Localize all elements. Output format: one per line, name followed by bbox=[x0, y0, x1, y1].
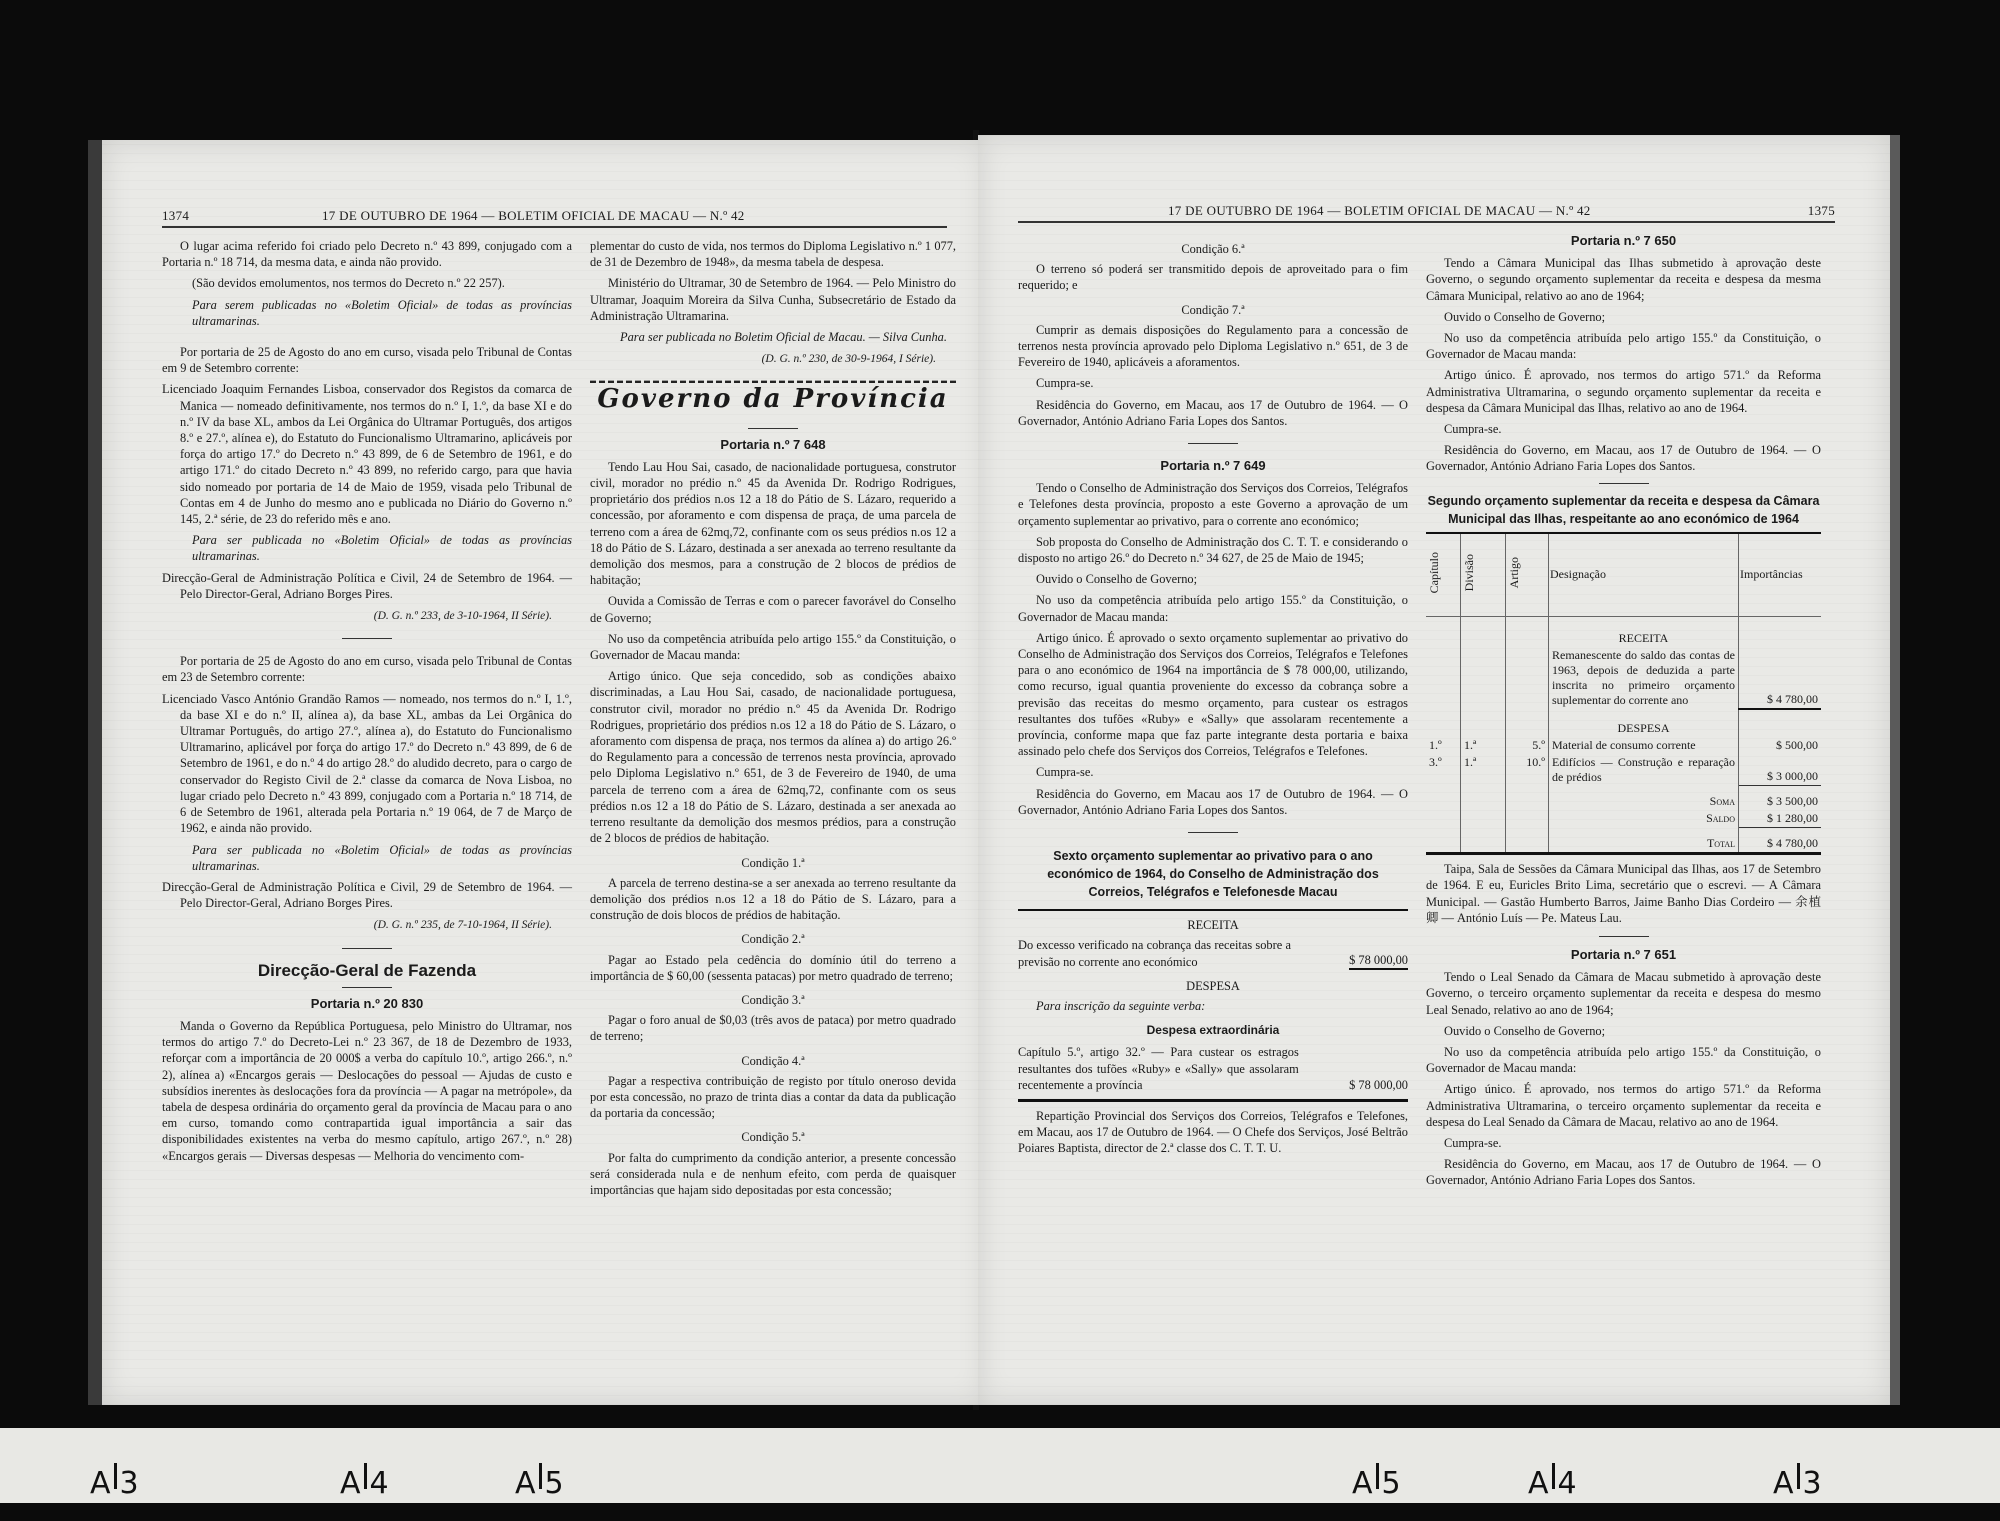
budget-table: Capítulo Divisão Artigo Designação Impor… bbox=[1426, 534, 1821, 853]
signature: Repartição Provincial dos Serviços dos C… bbox=[1018, 1108, 1408, 1157]
condition-text: O terreno só poderá ser transmitido depo… bbox=[1018, 261, 1408, 293]
cell-capitulo: 1.º bbox=[1426, 737, 1461, 754]
condition-text: Cumprir as demais disposições do Regulam… bbox=[1018, 322, 1408, 371]
signature: Residência do Governo, em Macau, aos 17 … bbox=[1426, 1156, 1821, 1188]
paragraph: Direcção-Geral de Administração Política… bbox=[162, 879, 572, 911]
paragraph: Para serem publicadas no «Boletim Oficia… bbox=[162, 297, 572, 329]
paragraph: Artigo único. Que seja concedido, sob as… bbox=[590, 668, 956, 846]
signature: Residência do Governo, em Macau aos 17 d… bbox=[1018, 786, 1408, 818]
col-header: Designação bbox=[1549, 534, 1739, 617]
soma-label: Soma bbox=[1549, 786, 1739, 811]
divider bbox=[1188, 832, 1238, 833]
paragraph: Artigo único. É aprovado, nos termos do … bbox=[1426, 367, 1821, 416]
paragraph: Cumpra-se. bbox=[1426, 1135, 1821, 1151]
paragraph: Ministério do Ultramar, 30 de Setembro d… bbox=[590, 275, 956, 324]
total-label: Total bbox=[1549, 828, 1739, 853]
column-2: plementar do custo de vida, nos termos d… bbox=[590, 238, 956, 1203]
divider bbox=[342, 638, 392, 639]
signature: Residência do Governo, em Macau, aos 17 … bbox=[1426, 442, 1821, 474]
paragraph: plementar do custo de vida, nos termos d… bbox=[590, 238, 956, 270]
film-marker: A4 bbox=[1528, 1463, 1577, 1501]
table-title: Segundo orçamento suplementar da receita… bbox=[1426, 492, 1821, 528]
col-header: Artigo bbox=[1507, 557, 1522, 588]
condition-text: Pagar o foro anual de $0,03 (três avos d… bbox=[590, 1012, 956, 1044]
despesa-intro: Para inscrição da seguinte verba: bbox=[1018, 998, 1408, 1014]
reference: (D. G. n.º 230, de 30-9-1964, I Série). bbox=[590, 351, 956, 367]
paragraph: Cumpra-se. bbox=[1426, 421, 1821, 437]
receita-text: Do excesso verificado na cobrança das re… bbox=[1018, 937, 1291, 969]
receita-row: Do excesso verificado na cobrança das re… bbox=[1018, 937, 1408, 969]
condition-title: Condição 3.ª bbox=[590, 992, 956, 1008]
paragraph: Artigo único. É aprovado o sexto orçamen… bbox=[1018, 630, 1408, 760]
reference: (D. G. n.º 233, de 3-10-1964, II Série). bbox=[162, 608, 572, 624]
portaria-title: Portaria n.º 7 649 bbox=[1018, 458, 1408, 474]
condition-text: Por falta do cumprimento da condição ant… bbox=[590, 1150, 956, 1199]
page-header: 17 DE OUTUBRO DE 1964 — BOLETIM OFICIAL … bbox=[1018, 203, 1835, 223]
condition-title: Condição 6.ª bbox=[1018, 241, 1408, 257]
column-3: Condição 6.ªO terreno só poderá ser tran… bbox=[1018, 233, 1408, 1162]
paragraph: Licenciado Vasco António Grandão Ramos —… bbox=[162, 691, 572, 837]
saldo-amount: $ 1 280,00 bbox=[1739, 810, 1822, 828]
right-page: 17 DE OUTUBRO DE 1964 — BOLETIM OFICIAL … bbox=[978, 135, 1900, 1405]
budget-title: Sexto orçamento suplementar ao privativo… bbox=[1028, 847, 1398, 901]
divider bbox=[748, 428, 798, 429]
paragraph: Cumpra-se. bbox=[1018, 764, 1408, 780]
cell-divisao: 1.ª bbox=[1461, 754, 1506, 786]
paragraph: Sob proposta do Conselho de Administraçã… bbox=[1018, 534, 1408, 566]
condition-title: Condição 4.ª bbox=[590, 1053, 956, 1069]
rule bbox=[1426, 852, 1821, 855]
soma-amount: $ 3 500,00 bbox=[1739, 786, 1822, 811]
paragraph: Por portaria de 25 de Agosto do ano em c… bbox=[162, 344, 572, 376]
cell-artigo: 5.º bbox=[1506, 737, 1549, 754]
left-page: 1374 17 DE OUTUBRO DE 1964 — BOLETIM OFI… bbox=[88, 140, 987, 1405]
paragraph: No uso da competência atribuída pelo art… bbox=[1426, 330, 1821, 362]
film-marker: A3 bbox=[1773, 1463, 1822, 1501]
condition-title: Condição 2.ª bbox=[590, 931, 956, 947]
total-amount: $ 4 780,00 bbox=[1739, 828, 1822, 853]
divider bbox=[1599, 483, 1649, 484]
condition-title: Condição 5.ª bbox=[590, 1129, 956, 1145]
paragraph: O lugar acima referido foi criado pelo D… bbox=[162, 238, 572, 270]
condition-text: A parcela de terreno destina-se a ser an… bbox=[590, 875, 956, 924]
paragraph: Artigo único. É aprovado, nos termos do … bbox=[1426, 1081, 1821, 1130]
cell-amount: $ 500,00 bbox=[1739, 737, 1822, 754]
paragraph: Ouvido o Conselho de Governo; bbox=[1426, 309, 1821, 325]
despesa-heading: DESPESA bbox=[1549, 709, 1739, 737]
signature: Residência do Governo, em Macau, aos 17 … bbox=[1018, 397, 1408, 429]
paragraph: (São devidos emolumentos, nos termos do … bbox=[162, 275, 572, 291]
film-marker: A4 bbox=[340, 1463, 389, 1501]
page-number: 1374 bbox=[162, 208, 189, 224]
portaria-title: Portaria n.º 7 650 bbox=[1426, 233, 1821, 249]
paragraph: Direcção-Geral de Administração Política… bbox=[162, 570, 572, 602]
receita-heading: RECEITA bbox=[1549, 616, 1739, 647]
page-number: 1375 bbox=[1808, 203, 1835, 219]
page-header: 1374 17 DE OUTUBRO DE 1964 — BOLETIM OFI… bbox=[162, 208, 947, 228]
cell-designacao: Material de consumo corrente bbox=[1549, 737, 1739, 754]
rule bbox=[1018, 1099, 1408, 1102]
cell-capitulo: 3.º bbox=[1426, 754, 1461, 786]
table-row: Saldo $ 1 280,00 bbox=[1426, 810, 1821, 828]
cell-divisao: 1.ª bbox=[1461, 737, 1506, 754]
paragraph: Ouvido o Conselho de Governo; bbox=[1426, 1023, 1821, 1039]
paragraph: Tendo o Conselho de Administração dos Se… bbox=[1018, 480, 1408, 529]
paragraph: No uso da competência atribuída pelo art… bbox=[590, 631, 956, 663]
condition-text: Pagar ao Estado pela cedência do domínio… bbox=[590, 952, 956, 984]
signature: Taipa, Sala de Sessões da Câmara Municip… bbox=[1426, 861, 1821, 926]
condition-title: Condição 1.ª bbox=[590, 855, 956, 871]
saldo-label: Saldo bbox=[1549, 810, 1739, 828]
table-row: Soma $ 3 500,00 bbox=[1426, 786, 1821, 811]
col-header: Importâncias bbox=[1739, 534, 1822, 617]
divider bbox=[342, 987, 392, 988]
divider bbox=[1599, 936, 1649, 937]
cell-designacao: Edifícios — Construção e reparação de pr… bbox=[1549, 754, 1739, 786]
paragraph: Ouvido o Conselho de Governo; bbox=[1018, 571, 1408, 587]
header-title: 17 DE OUTUBRO DE 1964 — BOLETIM OFICIAL … bbox=[1168, 203, 1591, 219]
portaria-title: Portaria n.º 7 651 bbox=[1426, 947, 1821, 963]
paragraph: Cumpra-se. bbox=[1018, 375, 1408, 391]
column-1: O lugar acima referido foi criado pelo D… bbox=[162, 238, 572, 1169]
paragraph: No uso da competência atribuída pelo art… bbox=[1426, 1044, 1821, 1076]
table-row: Remanescente do saldo das contas de 1963… bbox=[1426, 647, 1821, 709]
paragraph: Por portaria de 25 de Agosto do ano em c… bbox=[162, 653, 572, 685]
paragraph: Licenciado Joaquim Fernandes Lisboa, con… bbox=[162, 381, 572, 527]
conditions-list: Condição 1.ªA parcela de terreno destina… bbox=[590, 855, 956, 1199]
table-row: 1.º 1.ª 5.º Material de consumo corrente… bbox=[1426, 737, 1821, 754]
divider bbox=[1188, 443, 1238, 444]
section-title: Direcção-Geral de Fazenda bbox=[162, 963, 572, 979]
film-marker: A3 bbox=[90, 1463, 139, 1501]
col-header: Divisão bbox=[1462, 554, 1477, 591]
paragraph: Ouvida a Comissão de Terras e com o pare… bbox=[590, 593, 956, 625]
paragraph: Para ser publicada no «Boletim Oficial» … bbox=[162, 842, 572, 874]
portaria-title: Portaria n.º 20 830 bbox=[162, 996, 572, 1012]
paragraph: Para ser publicada no «Boletim Oficial» … bbox=[162, 532, 572, 564]
film-marker: A5 bbox=[515, 1463, 564, 1501]
header-title: 17 DE OUTUBRO DE 1964 — BOLETIM OFICIAL … bbox=[322, 208, 745, 224]
reference: (D. G. n.º 235, de 7-10-1964, II Série). bbox=[162, 917, 572, 933]
paragraph: Tendo o Leal Senado da Câmara de Macau s… bbox=[1426, 969, 1821, 1018]
paragraph: Tendo a Câmara Municipal das Ilhas subme… bbox=[1426, 255, 1821, 304]
table-row: Total $ 4 780,00 bbox=[1426, 828, 1821, 853]
conditions-list: Condição 6.ªO terreno só poderá ser tran… bbox=[1018, 241, 1408, 370]
paragraph: No uso da competência atribuída pelo art… bbox=[1018, 592, 1408, 624]
col-header: Capítulo bbox=[1427, 552, 1442, 593]
section-title: Governo da Província bbox=[590, 391, 956, 407]
paragraph: Tendo Lau Hou Sai, casado, de nacionalid… bbox=[590, 459, 956, 589]
despesa-text: Capítulo 5.º, artigo 32.º — Para custear… bbox=[1018, 1044, 1299, 1093]
rule bbox=[1018, 909, 1408, 911]
receita-heading: RECEITA bbox=[1018, 917, 1408, 933]
film-marker: A5 bbox=[1352, 1463, 1401, 1501]
portaria-title: Portaria n.º 7 648 bbox=[590, 437, 956, 453]
paragraph: Manda o Governo da República Portuguesa,… bbox=[162, 1018, 572, 1164]
cell-amount: $ 4 780,00 bbox=[1739, 647, 1822, 709]
cell-artigo: 10.º bbox=[1506, 754, 1549, 786]
despesa-subheading: Despesa extraordinária bbox=[1018, 1022, 1408, 1038]
condition-text: Pagar a respectiva contribuição de regis… bbox=[590, 1073, 956, 1122]
despesa-row: Capítulo 5.º, artigo 32.º — Para custear… bbox=[1018, 1044, 1408, 1093]
receita-amount: $ 78 000,00 bbox=[1349, 952, 1408, 970]
despesa-amount: $ 78 000,00 bbox=[1349, 1077, 1408, 1093]
column-4: Portaria n.º 7 650 Tendo a Câmara Munici… bbox=[1426, 233, 1821, 1194]
cell-amount: $ 3 000,00 bbox=[1739, 754, 1822, 786]
despesa-heading: DESPESA bbox=[1018, 978, 1408, 994]
paragraph: Para ser publicada no Boletim Oficial de… bbox=[590, 329, 956, 345]
condition-title: Condição 7.ª bbox=[1018, 302, 1408, 318]
divider bbox=[342, 948, 392, 949]
table-row: 3.º 1.ª 10.º Edifícios — Construção e re… bbox=[1426, 754, 1821, 786]
cell-designacao: Remanescente do saldo das contas de 1963… bbox=[1549, 647, 1739, 709]
film-edge-strip bbox=[0, 1428, 2000, 1503]
